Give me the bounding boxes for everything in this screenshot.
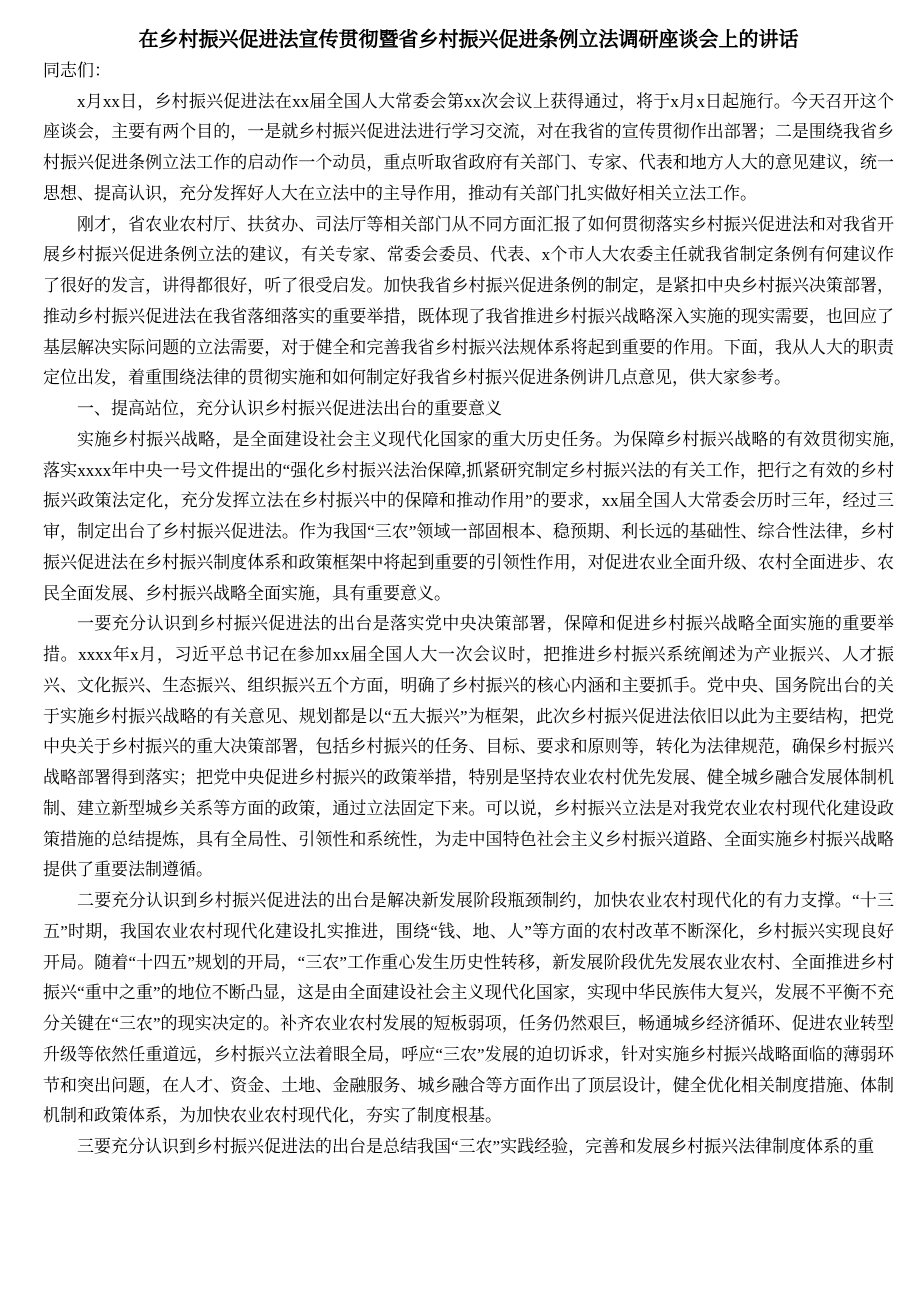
paragraph: x月xx日，乡村振兴促进法在xx届全国人大常委会第xx次会议上获得通过，将于x月… — [43, 87, 894, 210]
paragraph: 一要充分认识到乡村振兴促进法的出台是落实党中央决策部署，保障和促进乡村振兴战略全… — [43, 609, 894, 886]
section-heading: 一、提高站位，充分认识乡村振兴促进法出台的重要意义 — [43, 394, 894, 425]
paragraph: 刚才，省农业农村厅、扶贫办、司法厅等相关部门从不同方面汇报了如何贯彻落实乡村振兴… — [43, 210, 894, 395]
salutation: 同志们： — [43, 56, 894, 87]
paragraph: 实施乡村振兴战略，是全面建设社会主义现代化国家的重大历史任务。为保障乡村振兴战略… — [43, 425, 894, 610]
paragraph-truncated: 三要充分认识到乡村振兴促进法的出台是总结我国“三农”实践经验，完善和发展乡村振兴… — [43, 1132, 894, 1163]
document-page: 在乡村振兴促进法宣传贯彻暨省乡村振兴促进条例立法调研座谈会上的讲话 同志们： x… — [0, 0, 920, 1301]
paragraph: 二要充分认识到乡村振兴促进法的出台是解决新发展阶段瓶颈制约，加快农业农村现代化的… — [43, 886, 894, 1132]
document-title: 在乡村振兴促进法宣传贯彻暨省乡村振兴促进条例立法调研座谈会上的讲话 — [43, 25, 894, 56]
